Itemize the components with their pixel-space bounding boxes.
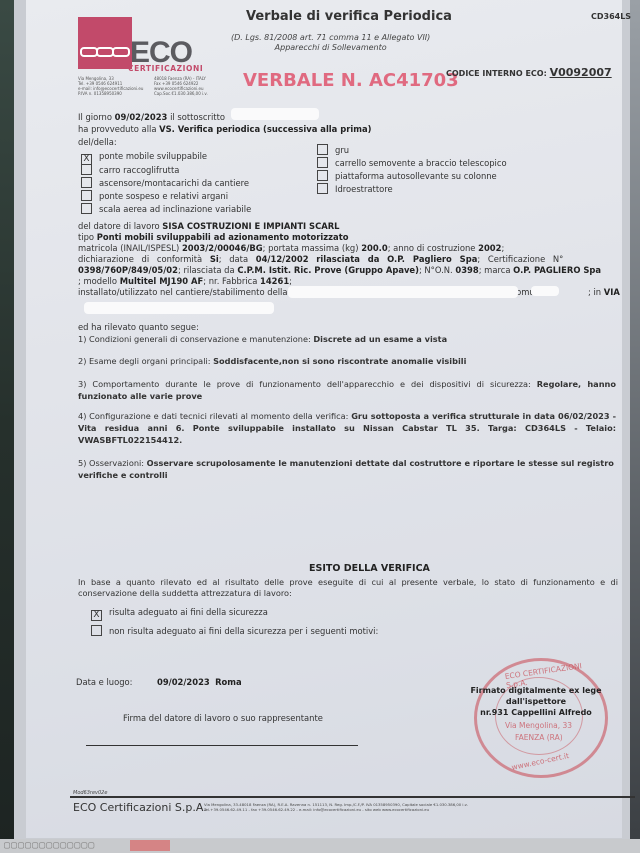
equipment-item: piattaforma autosollevante su colonne — [317, 170, 507, 183]
equipment-item: scala aerea ad inclinazione variabile — [81, 203, 251, 216]
verbale-number: VERBALE N. AC41703 — [243, 70, 459, 91]
finding-5: 5) Osservazioni: Osservare scrupolosamen… — [78, 457, 616, 481]
digital-signature-note: Firmato digitalmente ex lege dall'ispett… — [461, 685, 611, 718]
intro-line1: Il giorno 09/02/2023 il sottoscritto — [78, 112, 225, 123]
internal-code-value: V0092007 — [550, 66, 612, 79]
finding-3: 3) Comportamento durante le prove di fun… — [78, 378, 616, 402]
document-page: ECO CERTIFICAZIONI Via Mengolina, 33 Tel… — [26, 0, 622, 838]
equipment-list-left: Xponte mobile sviluppabile carro raccogl… — [81, 151, 251, 216]
employer-line: del datore di lavoro SISA COSTRUZIONI E … — [78, 221, 340, 232]
equipment-item: Xponte mobile sviluppabile — [81, 151, 251, 164]
outcome-intro: In base a quanto rilevato ed al risultat… — [78, 577, 618, 599]
finding-1: 1) Condizioni generali di conservazione … — [78, 334, 447, 344]
equipment-item: ponte sospeso e relativi argani — [81, 190, 251, 203]
observed-intro: ed ha rilevato quanto segue: — [78, 322, 199, 333]
checkbox[interactable] — [81, 164, 92, 175]
checkbox[interactable] — [317, 170, 328, 181]
finding-2: 2) Esame degli organi principali: Soddis… — [78, 356, 466, 366]
logo-address-left: Via Mengolina, 33 Tel. +39 0546 624911 e… — [78, 76, 143, 96]
conformity-line: dichiarazione di conformità Si; data 04/… — [78, 254, 563, 265]
logo-address-right: 48018 Faenza (RA) - ITALY Fax +39 0546 6… — [154, 76, 208, 96]
chain-icon — [80, 42, 128, 60]
outcome-option: non risulta adeguato ai fini della sicur… — [91, 625, 378, 638]
intro-line2: ha provveduto alla VS. Verifica periodic… — [78, 124, 371, 135]
checkbox[interactable] — [317, 157, 328, 168]
equipment-list-right: gru carrello semovente a braccio telesco… — [317, 144, 507, 196]
company-stamp: ECO CERTIFICAZIONI S.p.A. Via Mengolina,… — [474, 658, 608, 778]
redaction — [531, 286, 559, 296]
serial-line: matricola (INAIL/ISPESL) 2003/2/00046/BG… — [78, 243, 504, 254]
signature-line — [86, 745, 358, 746]
checkbox-checked[interactable]: X — [91, 610, 102, 621]
redaction — [288, 286, 518, 298]
plate-note: CD364LS — [591, 12, 631, 21]
checkbox[interactable] — [91, 625, 102, 636]
equipment-item: Idroestrattore — [317, 183, 507, 196]
logo-subtitle: CERTIFICAZIONI — [128, 64, 203, 73]
checkbox[interactable] — [81, 190, 92, 201]
checkbox[interactable] — [81, 203, 92, 214]
model-line: ; modello Multitel MJ190 AF; nr. Fabbric… — [78, 276, 292, 287]
intro-line3: del/della: — [78, 137, 117, 148]
equipment-item: gru — [317, 144, 507, 157]
redaction — [231, 108, 319, 120]
outcome-option: Xrisulta adeguato ai fini della sicurezz… — [91, 607, 378, 625]
outcome-options: Xrisulta adeguato ai fini della sicurezz… — [91, 607, 378, 638]
finding-4: 4) Configurazione e dati tecnici rilevat… — [78, 410, 616, 446]
type-line: tipo Ponti mobili sviluppabili ad aziona… — [78, 232, 348, 243]
checkbox[interactable] — [81, 177, 92, 188]
internal-code: CODICE INTERNO ECO: V0092007 — [446, 66, 612, 79]
checkbox[interactable] — [317, 183, 328, 194]
document-subtitle: (D. Lgs. 81/2008 art. 71 comma 11 e Alle… — [231, 33, 430, 53]
checkbox[interactable] — [317, 144, 328, 155]
date-place-value: 09/02/2023 Roma — [157, 677, 242, 688]
outcome-title: ESITO DELLA VERIFICA — [309, 563, 430, 574]
document-title: Verbale di verifica Periodica — [246, 9, 452, 24]
certification-line: 0398/760P/849/05/02; rilasciata da C.P.M… — [78, 265, 601, 276]
date-place-label: Data e luogo: — [76, 677, 133, 688]
employer-signature-label: Firma del datore di lavoro o suo rappres… — [123, 713, 323, 724]
equipment-item: ascensore/montacarichi da cantiere — [81, 177, 251, 190]
footer-info: Via Mengolina, 33-48018 Faenza (RA), R.E… — [204, 802, 468, 812]
redaction — [84, 302, 274, 314]
equipment-item: carro raccoglifrutta — [81, 164, 251, 177]
equipment-item: carrello semovente a braccio telescopico — [317, 157, 507, 170]
footer-brand: ECO Certificazioni S.p.A. — [73, 801, 207, 814]
sleeve-edge: ▢▢▢▢▢▢▢▢▢▢▢▢▢ — [0, 839, 640, 853]
footer-divider — [70, 796, 635, 798]
